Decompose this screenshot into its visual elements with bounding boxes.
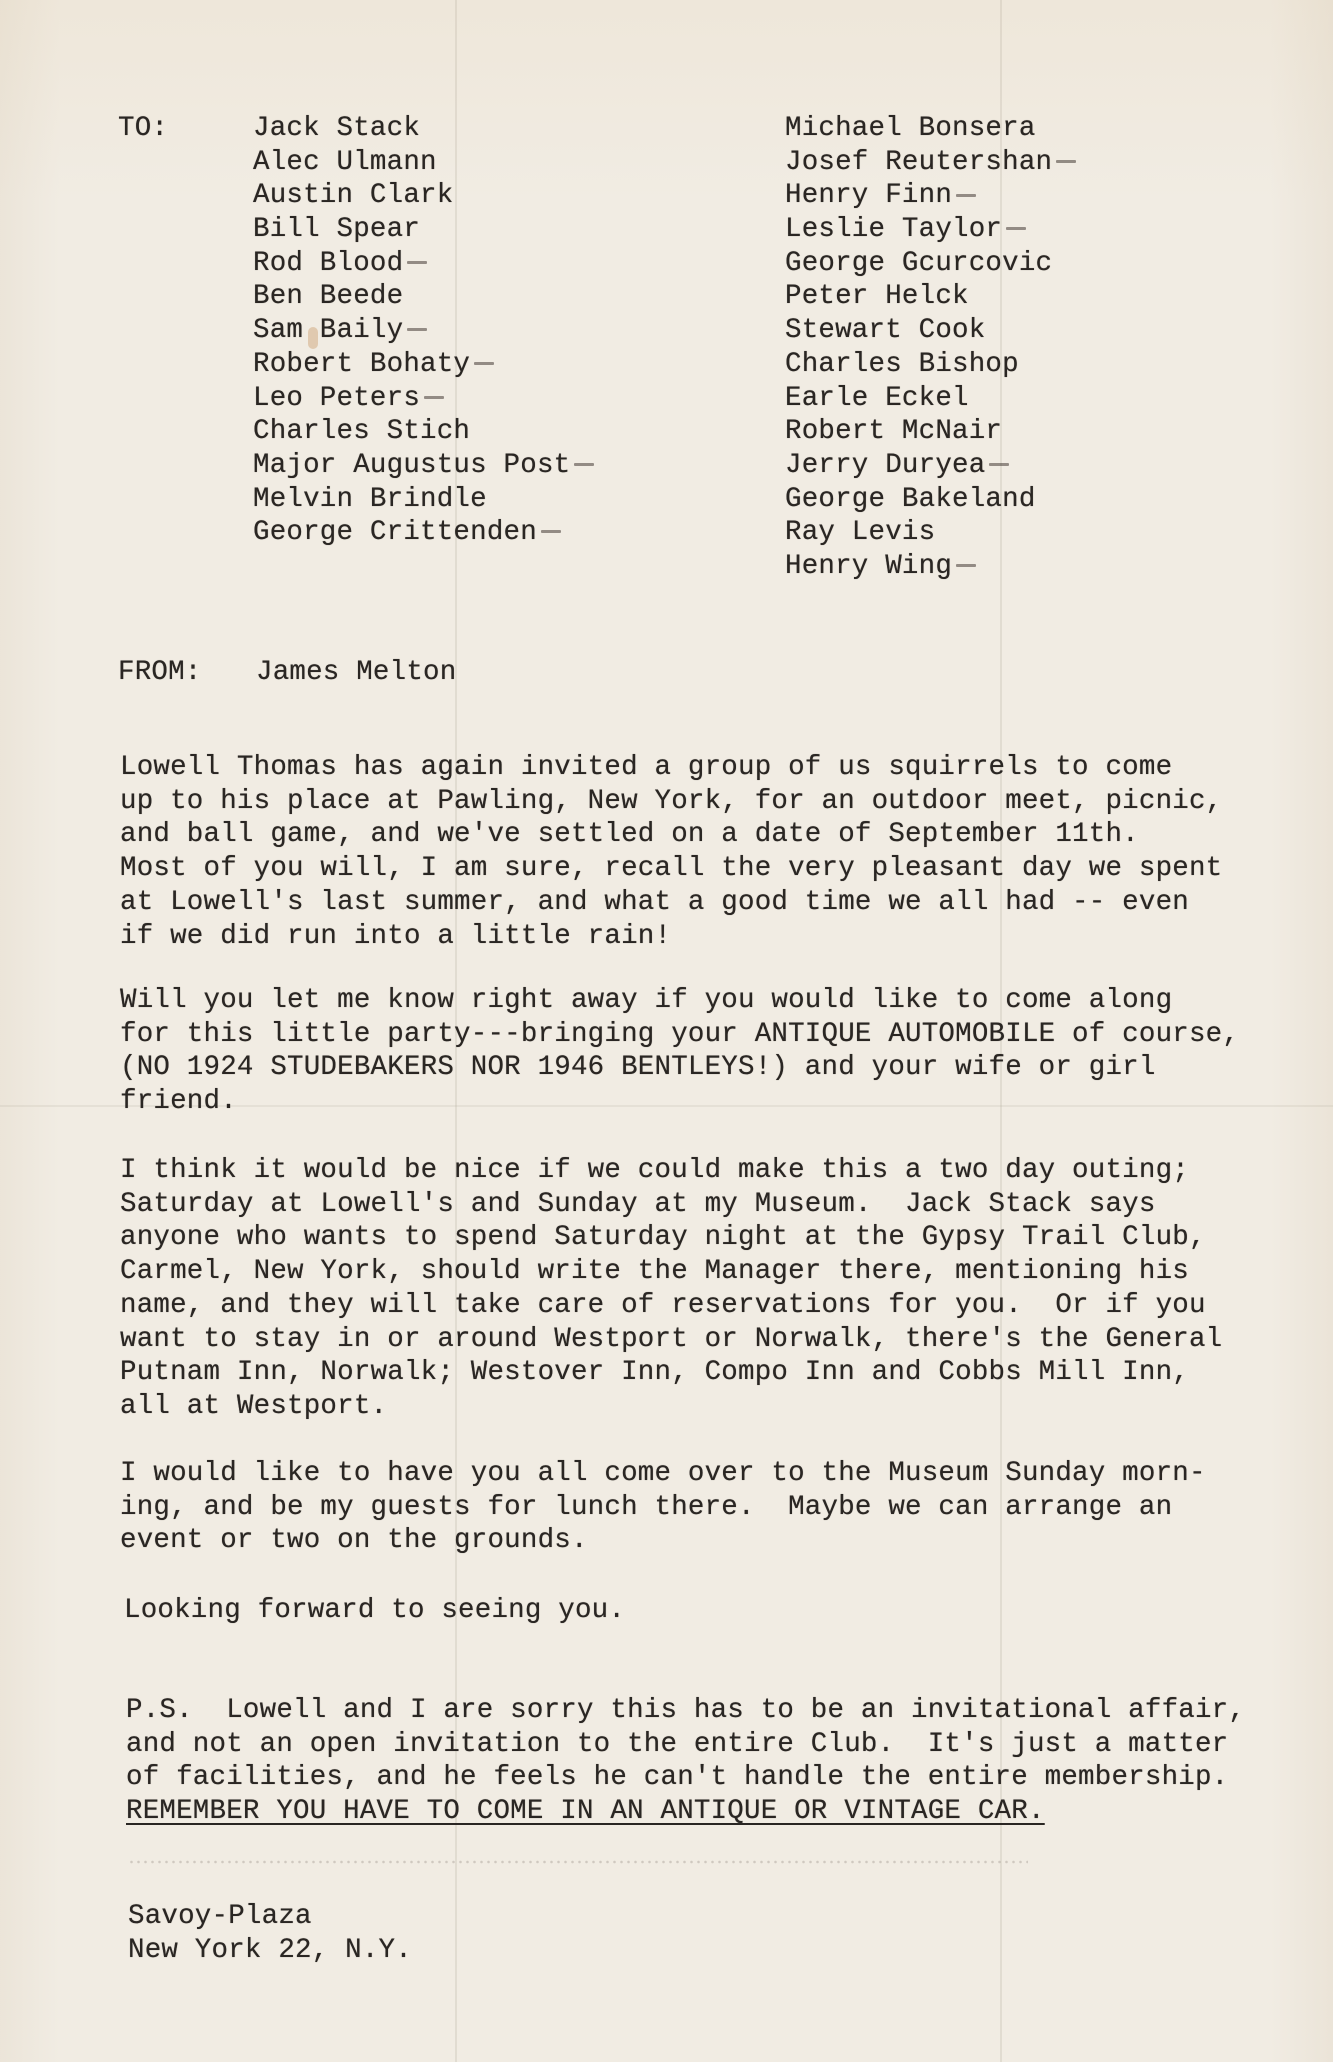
recipient-name-text: Major Augustus Post [253,450,570,481]
recipient-name-text: Michael Bonsera [785,113,1036,144]
recipient-name-text: George Gcurcovic [785,248,1052,279]
recipient-name-text: Austin Clark [253,180,453,211]
recipient-name: Henry Finn [785,179,1076,213]
recipient-name: Melvin Brindle [253,483,594,517]
recipient-name: Sam Baily [253,314,594,348]
recipient-name: Charles Bishop [785,348,1076,382]
recipient-name: Rod Blood [253,247,594,281]
recipient-name-text: Sam Baily [253,315,403,346]
check-mark-icon [407,261,427,264]
recipient-name: Charles Stich [253,415,594,449]
check-mark-icon [541,530,561,533]
recipient-name-text: Jack Stack [253,113,420,144]
recipient-name: George Gcurcovic [785,247,1076,281]
recipient-name-text: Henry Wing [785,551,952,582]
recipient-name: Leo Peters [253,382,594,416]
recipient-name-text: George Bakeland [785,484,1036,515]
recipient-name-text: Robert McNair [785,416,1002,447]
recipient-name-text: Charles Bishop [785,349,1019,380]
paragraph-museum: I would like to have you all come over t… [120,1457,1206,1558]
recipient-name: Henry Wing [785,550,1076,584]
recipient-name-text: Jerry Duryea [785,450,985,481]
recipient-name: George Crittenden [253,516,594,550]
check-mark-icon [424,396,444,399]
recipients-right-column: Michael BonseraJosef ReutershanHenry Fin… [785,112,1076,584]
recipient-name-text: Alec Ulmann [253,147,437,178]
recipient-name: Bill Spear [253,213,594,247]
recipient-name: Alec Ulmann [253,146,594,180]
from-label: FROM: [118,656,202,690]
recipient-name-text: Ben Beede [253,281,403,312]
recipient-name-text: Peter Helck [785,281,969,312]
check-mark-icon [407,328,427,331]
recipient-name-text: George Crittenden [253,517,537,548]
recipient-name-text: Henry Finn [785,180,952,211]
recipient-name: Ray Levis [785,516,1076,550]
recipient-name-text: Leo Peters [253,383,420,414]
check-mark-icon [474,362,494,365]
recipient-name: Stewart Cook [785,314,1076,348]
recipient-name: Peter Helck [785,280,1076,314]
recipient-name: Jack Stack [253,112,594,146]
paragraph-lodging: I think it would be nice if we could mak… [120,1154,1222,1424]
check-mark-icon [574,463,594,466]
check-mark-icon [956,194,976,197]
recipient-name: Michael Bonsera [785,112,1076,146]
recipient-name-text: Earle Eckel [785,383,969,414]
paragraph-invitation: Lowell Thomas has again invited a group … [120,751,1222,953]
recipient-name: Earle Eckel [785,382,1076,416]
recipient-name: Major Augustus Post [253,449,594,483]
recipient-name-text: Charles Stich [253,416,470,447]
paragraph-rsvp: Will you let me know right away if you w… [120,984,1239,1119]
check-mark-icon [956,564,976,567]
check-mark-icon [1006,227,1026,230]
check-mark-icon [989,463,1009,466]
to-label: TO: [118,112,168,146]
recipient-name: Josef Reutershan [785,146,1076,180]
faint-bleed-through-line [128,1858,1028,1866]
sender-address: Savoy-Plaza New York 22, N.Y. [128,1900,412,1967]
recipient-name: Jerry Duryea [785,449,1076,483]
closing-line: Looking forward to seeing you. [124,1594,625,1628]
recipient-name-text: Bill Spear [253,214,420,245]
recipient-name-text: Melvin Brindle [253,484,487,515]
recipient-name: Leslie Taylor [785,213,1076,247]
recipient-name-text: Rod Blood [253,248,403,279]
recipient-name: George Bakeland [785,483,1076,517]
recipient-name: Ben Beede [253,280,594,314]
recipient-name: Robert Bohaty [253,348,594,382]
from-name: James Melton [256,656,456,690]
recipient-name-text: Ray Levis [785,517,935,548]
recipient-name-text: Josef Reutershan [785,147,1052,178]
postscript: P.S. Lowell and I are sorry this has to … [126,1694,1245,1795]
recipient-name-text: Leslie Taylor [785,214,1002,245]
recipient-name-text: Robert Bohaty [253,349,470,380]
check-mark-icon [1056,160,1076,163]
postscript-emphasis: REMEMBER YOU HAVE TO COME IN AN ANTIQUE … [126,1795,1045,1829]
recipients-left-column: Jack StackAlec UlmannAustin ClarkBill Sp… [253,112,594,550]
recipient-name: Robert McNair [785,415,1076,449]
recipient-name: Austin Clark [253,179,594,213]
recipient-name-text: Stewart Cook [785,315,985,346]
